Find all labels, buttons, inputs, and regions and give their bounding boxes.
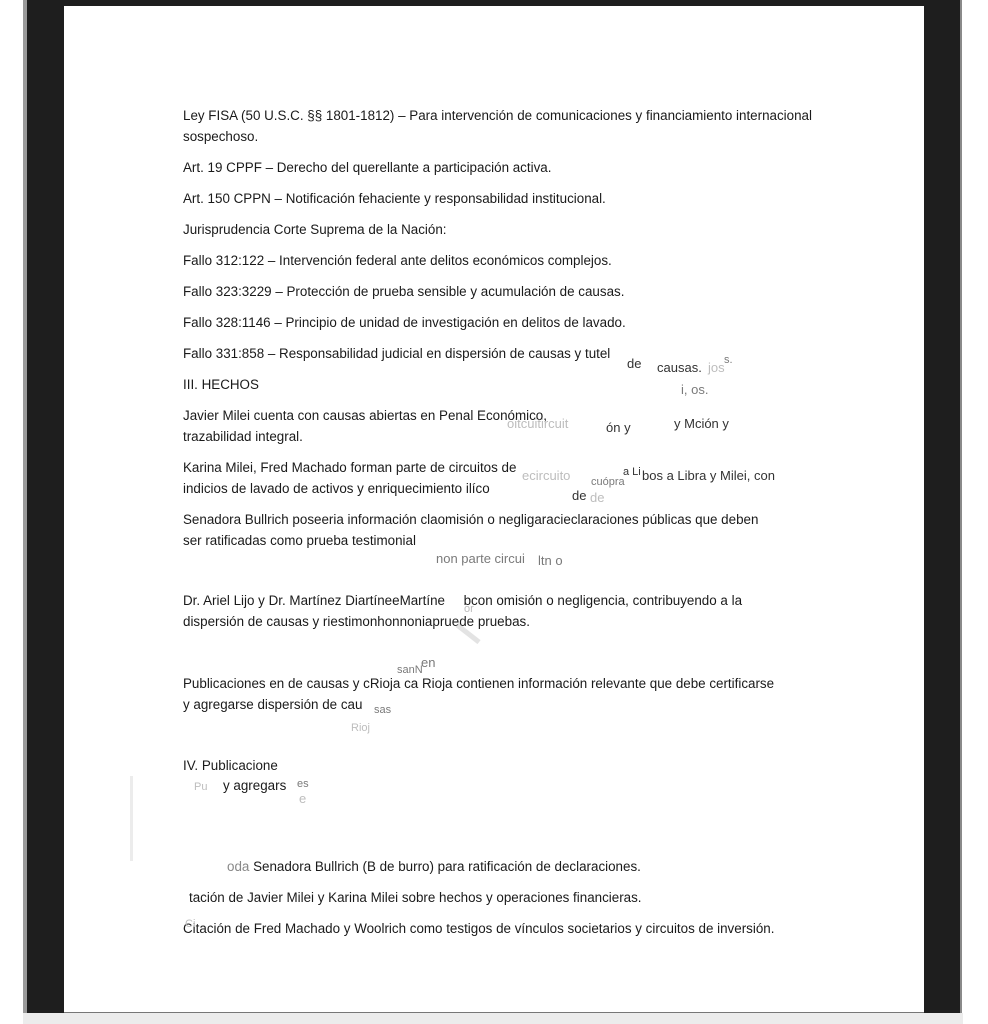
overlay-fragment: de causas y c — [288, 676, 370, 691]
paragraph-text-continued2: pruebas. — [478, 614, 530, 629]
list-item-cita-bullrich: oda Senadora Bullrich (B de burro) para … — [183, 856, 813, 877]
paragraph-art-19: Art. 19 CPPF – Derecho del querellante a… — [183, 157, 813, 178]
list-item-text: Senadora Bullrich (B de burro) para rati… — [253, 859, 641, 874]
document-body: Ley FISA (50 U.S.C. §§ 1801-1812) – Para… — [183, 105, 813, 949]
section-heading-hechos: III. HECHOS — [183, 374, 813, 395]
paragraph-text-mid: Rioja contienen información relevante qu… — [422, 676, 774, 691]
paragraph-text: Senadora Bullrich poseeria información c… — [183, 512, 438, 527]
list-item-cita-machado: Citación de Fred Machado y Woolrich como… — [183, 918, 813, 939]
paragraph-art-150: Art. 150 CPPN – Notificación fehaciente … — [183, 188, 813, 209]
overlay-fragment: ara — [534, 512, 553, 527]
paragraph-text-continued: indicios de lavado de activos y enriquec… — [183, 481, 490, 496]
heading-text-continued: y agregars — [183, 778, 286, 793]
paragraph-text: Dr. Ariel Lijo y Dr. Martínez Dia — [183, 593, 365, 608]
paragraph-ley-fisa: Ley FISA (50 U.S.C. §§ 1801-1812) – Para… — [183, 105, 813, 147]
overlay-fragment: estimon — [330, 614, 377, 629]
paragraph-text-continued: trazabilidad integral. — [183, 429, 303, 444]
overlay-fragment: ci — [554, 512, 564, 527]
document-page: Ley FISA (50 U.S.C. §§ 1801-1812) – Para… — [64, 6, 924, 1013]
heading-text-mid: ublicacione — [211, 758, 278, 773]
paragraph-text-continued: dispersión de causas y ri — [183, 614, 330, 629]
paragraph-bullrich: Senadora Bullrich poseeria información c… — [183, 509, 813, 551]
overlay-fragment: honnonia — [377, 614, 432, 629]
paragraph-fallo-312: Fallo 312:122 – Intervención federal ant… — [183, 250, 813, 271]
paragraph-fallo-331: Fallo 331:858 – Responsabilidad judicial… — [183, 343, 813, 364]
paragraph-text-mid2: eclaraciones públicas que deben — [563, 512, 758, 527]
paragraph-karina-milei: Karina Milei, Fred Machado forman parte … — [183, 457, 813, 499]
section-heading-iv: IV. Publicacione y agregars — [183, 756, 813, 796]
paragraph-fallo-328: Fallo 328:1146 – Principio de unidad de … — [183, 312, 813, 333]
overlay-fragment: rtínee — [365, 593, 399, 608]
paragraph-lijo: Dr. Ariel Lijo y Dr. Martínez DiartíneeM… — [183, 590, 813, 632]
paragraph-text-continued: ser ratificadas como prueba testimonial — [183, 533, 416, 548]
screen: Ley FISA (50 U.S.C. §§ 1801-1812) – Para… — [0, 0, 988, 1024]
paragraph-text-continued: y agregarse — [183, 697, 257, 712]
overlay-fragment: d — [257, 697, 264, 712]
list-item-text: tación de Javier Milei y Karina Milei so… — [189, 890, 642, 905]
paragraph-publicaciones: Publicaciones en de causas y cRioja ca R… — [183, 673, 813, 715]
paragraph-text-mid: con omisión o negligencia, contribuyendo… — [471, 593, 742, 608]
overlay-fragment: Martíne — [400, 593, 445, 608]
window-edge-right — [960, 0, 962, 1013]
paragraph-text: Karina Milei, Fred Machado forman parte … — [183, 460, 516, 475]
paragraph-text-mid: omisión o neglig — [438, 512, 535, 527]
paragraph-fallo-323: Fallo 323:3229 – Protección de prueba se… — [183, 281, 813, 302]
overlay-fragment: Rioja — [370, 676, 401, 691]
overlay-fragment: b — [464, 593, 471, 608]
paragraph-javier-milei: Javier Milei cuenta con causas abiertas … — [183, 405, 813, 447]
paragraph-text: Javier Milei cuenta con causas abiertas … — [183, 408, 547, 423]
paragraph-text: Publicaciones en — [183, 676, 288, 691]
scan-artifact — [130, 776, 133, 861]
heading-text: IV. P — [183, 758, 211, 773]
paragraph-jurisprudencia: Jurisprudencia Corte Suprema de la Nació… — [183, 219, 813, 240]
viewer-bottom-edge — [23, 1013, 963, 1024]
overlay-fragment: oda — [227, 859, 249, 874]
overlay-fragment: ca — [404, 676, 418, 691]
paragraph-text-continued2: ispersión de cau — [265, 697, 363, 712]
list-item-cita-milei: tación de Javier Milei y Karina Milei so… — [183, 887, 813, 908]
